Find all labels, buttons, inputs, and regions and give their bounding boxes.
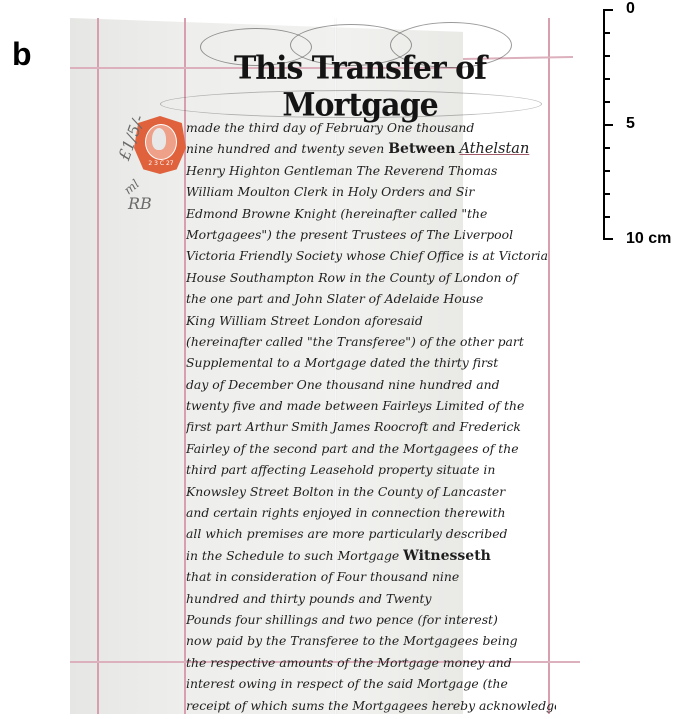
stamp-numbers: 2 3 C 27 [144, 160, 178, 167]
text-line: that in consideration of Four thousand n… [186, 566, 556, 587]
scale-tick-major [603, 9, 613, 11]
margin-note-signature: RB [128, 194, 152, 213]
scale-tick [603, 55, 610, 57]
text-line: Edmond Browne Knight (hereinafter called… [186, 203, 556, 224]
text-line: third part affecting Leasehold property … [186, 459, 556, 480]
text-line: King William Street London aforesaid [186, 310, 556, 331]
scale-tick [603, 193, 610, 195]
text-line: and certain rights enjoyed in connection… [186, 502, 556, 523]
scale-tick [603, 170, 610, 172]
text-line: first part Arthur Smith James Roocroft a… [186, 416, 556, 437]
text-line: Victoria Friendly Society whose Chief Of… [186, 245, 556, 266]
text-segment: in the Schedule to such Mortgage [186, 548, 399, 563]
text-line: interest owing in respect of the said Mo… [186, 673, 556, 694]
text-line: Pounds four shillings and two pence (for… [186, 609, 556, 630]
text-line: the respective amounts of the Mortgage m… [186, 652, 556, 673]
scale-tick-major [603, 238, 613, 240]
document-body: made the third day of February One thous… [186, 117, 556, 716]
text-line: Knowsley Street Bolton in the County of … [186, 481, 556, 502]
text-line: House Southampton Row in the County of L… [186, 267, 556, 288]
text-line: receipt of which sums the Mortgagees her… [186, 695, 556, 716]
scale-tick [603, 78, 610, 80]
text-line: day of December One thousand nine hundre… [186, 374, 556, 395]
scale-tick [603, 101, 610, 103]
scale-label-5: 5 [626, 115, 635, 133]
scale-label-10: 10 cm [626, 230, 671, 248]
text-line: William Moulton Clerk in Holy Orders and… [186, 181, 556, 202]
text-line: nine hundred and twenty seven Between At… [186, 138, 556, 159]
witnesseth-heading: Witnesseth [403, 548, 491, 564]
party-name: Athelstan [459, 141, 529, 157]
text-line: Supplemental to a Mortgage dated the thi… [186, 352, 556, 373]
text-line: all which premises are more particularly… [186, 523, 556, 544]
scale-tick [603, 147, 610, 149]
between-heading: Between [388, 141, 455, 157]
scale-label-0: 0 [626, 0, 635, 18]
text-line: now paid by the Transferee to the Mortga… [186, 630, 556, 651]
text-line: Mortgagees") the present Trustees of The… [186, 224, 556, 245]
stamp-portrait-icon [152, 128, 166, 150]
text-segment: nine hundred and twenty seven [186, 141, 384, 156]
text-line: Henry Highton Gentleman The Reverend Tho… [186, 160, 556, 181]
text-line: hundred and thirty pounds and Twenty [186, 588, 556, 609]
document-title: This Transfer of Mortgage [180, 50, 540, 124]
text-line: the one part and John Slater of Adelaide… [186, 288, 556, 309]
panel-label: b [12, 36, 32, 73]
margin-rule-left-outer [97, 18, 99, 714]
scale-tick-major [603, 124, 613, 126]
text-line: twenty five and made between Fairleys Li… [186, 395, 556, 416]
text-line: Fairley of the second part and the Mortg… [186, 438, 556, 459]
text-line: made the third day of February One thous… [186, 117, 556, 138]
text-line: in the Schedule to such Mortgage Witness… [186, 545, 556, 566]
text-line: (hereinafter called "the Transferee") of… [186, 331, 556, 352]
scale-tick [603, 216, 610, 218]
scale-tick [603, 32, 610, 34]
